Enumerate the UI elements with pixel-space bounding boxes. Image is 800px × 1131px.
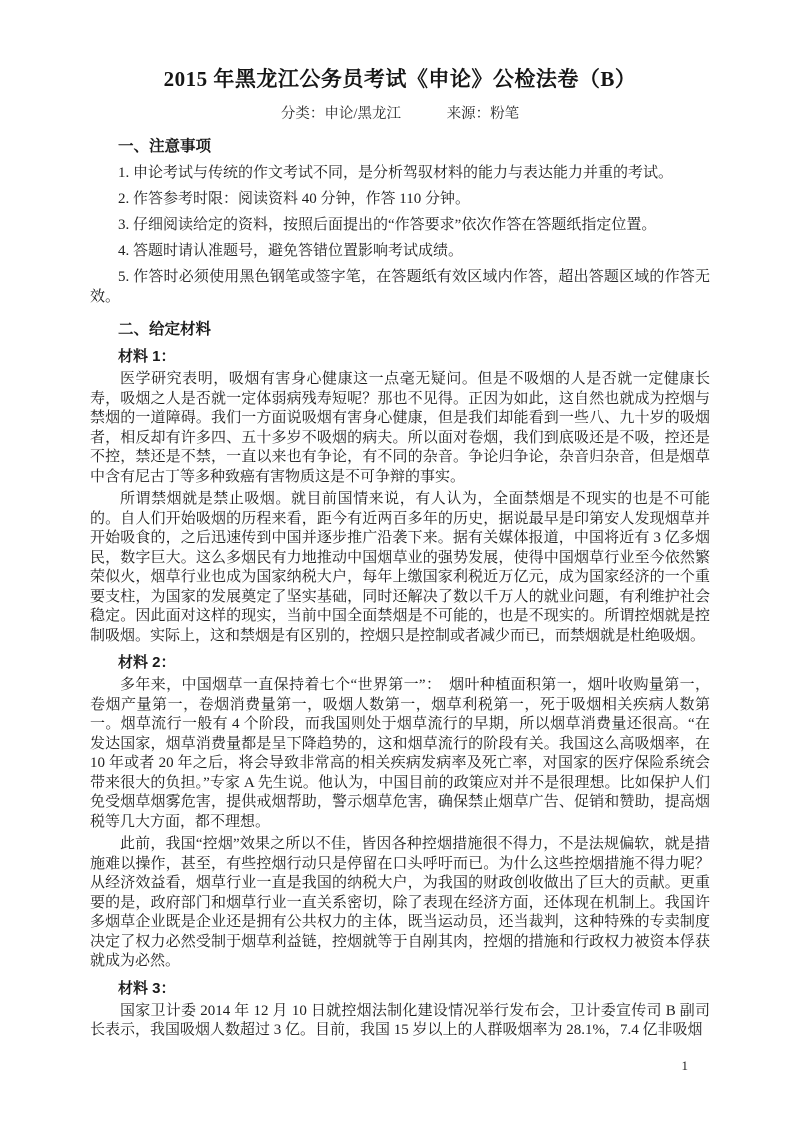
- page-title: 2015 年黑龙江公务员考试《申论》公检法卷（B）: [90, 64, 710, 94]
- material-1-paragraph-2: 所谓禁烟就是禁止吸烟。就目前国情来说，有人认为，全面禁烟是不现实的也是不可能的。…: [90, 490, 710, 646]
- notice-section-heading: 一、注意事项: [90, 136, 710, 157]
- page-number: 1: [682, 1058, 689, 1074]
- material-2-label: 材料 2：: [90, 652, 710, 673]
- notice-item-4: 4. 答题时请认准题号，避免答错位置影响考试成绩。: [90, 241, 710, 261]
- material-2-paragraph-1: 多年来，中国烟草一直保持着七个“世界第一”： 烟叶种植面积第一，烟叶收购量第一，…: [90, 676, 710, 832]
- material-2-paragraph-2: 此前，我国“控烟”效果之所以不佳，皆因各种控烟措施很不得力，不是法规偏软，就是措…: [90, 835, 710, 972]
- notice-item-5: 5. 作答时必须使用黑色钢笔或签字笔，在答题纸有效区域内作答，超出答题区域的作答…: [90, 267, 710, 307]
- source-label: 来源：粉笔: [447, 106, 520, 122]
- material-1-paragraph-1: 医学研究表明，吸烟有害身心健康这一点毫无疑问。但是不吸烟的人是否就一定健康长寿，…: [90, 370, 710, 487]
- material-3-label: 材料 3：: [90, 978, 710, 999]
- meta-line: 分类：申论/黑龙江 来源：粉笔: [90, 104, 710, 124]
- material-1-label: 材料 1：: [90, 346, 710, 367]
- notice-item-3: 3. 仔细阅读给定的资料，按照后面提出的“作答要求”依次作答在答题纸指定位置。: [90, 215, 710, 235]
- notice-item-2: 2. 作答参考时限：阅读资料 40 分钟，作答 110 分钟。: [90, 189, 710, 209]
- material-3-paragraph-1: 国家卫计委 2014 年 12 月 10 日就控烟法制化建设情况举行发布会，卫计…: [90, 1002, 710, 1041]
- category-label: 分类：申论/黑龙江: [281, 106, 401, 122]
- materials-section-heading: 二、给定材料: [90, 319, 710, 340]
- document-content: 2015 年黑龙江公务员考试《申论》公检法卷（B） 分类：申论/黑龙江 来源：粉…: [90, 0, 710, 1041]
- document-page: 2015 年黑龙江公务员考试《申论》公检法卷（B） 分类：申论/黑龙江 来源：粉…: [0, 0, 800, 1131]
- notice-item-1: 1. 申论考试与传统的作文考试不同，是分析驾驭材料的能力与表达能力并重的考试。: [90, 163, 710, 183]
